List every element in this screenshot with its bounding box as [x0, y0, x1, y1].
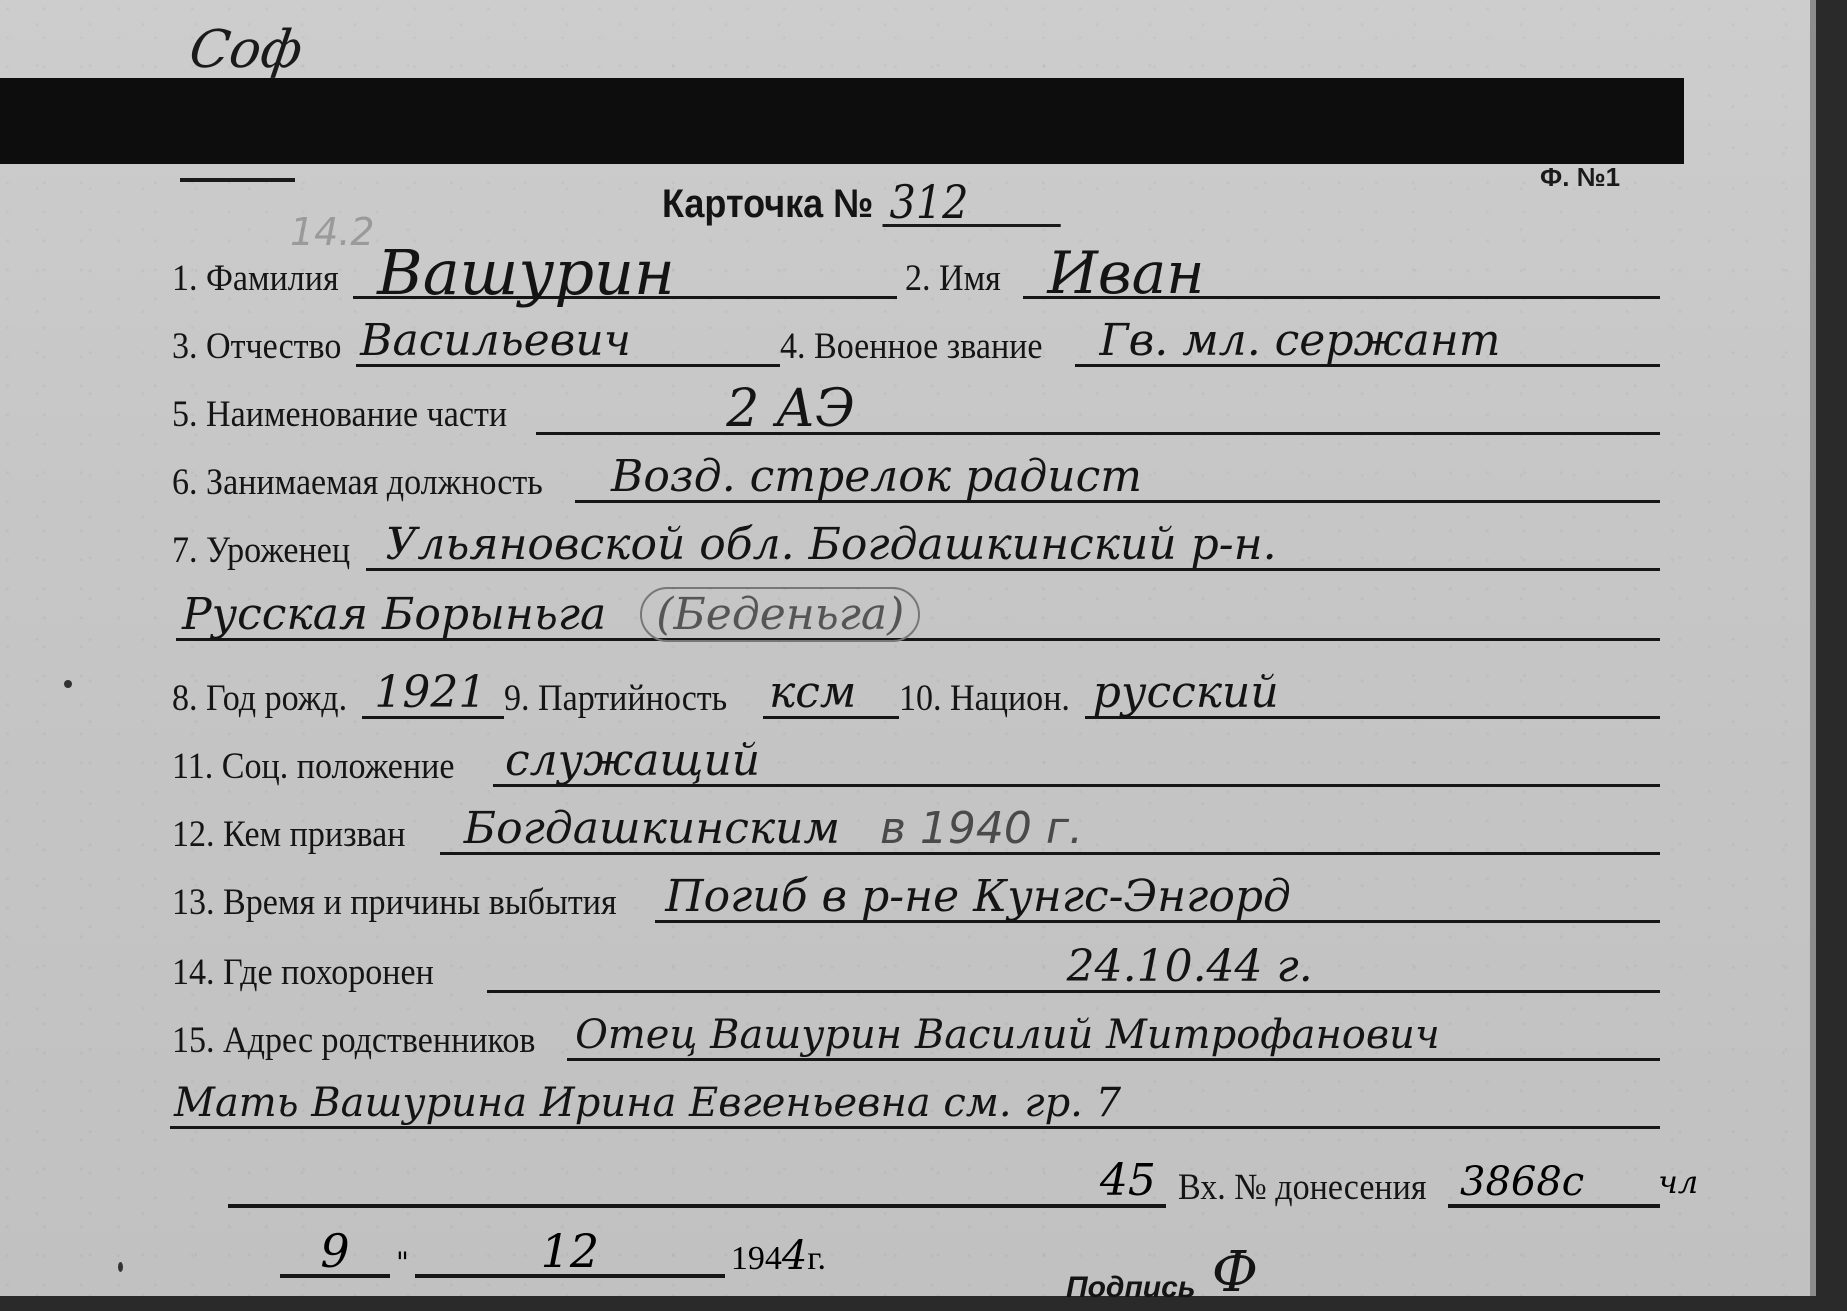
field-label-birth-year: 8. Год рожд. — [172, 679, 347, 719]
record-card: Соф 14.2 Ф. №1 Карточка № 312 1. Фамилия… — [0, 0, 1816, 1296]
field-value-birth-year: 1921 — [362, 670, 504, 719]
field-value-relatives: Отец Вашурин Василий Митрофанович — [567, 1012, 1660, 1061]
field-value-burial: 24.10.44 г. — [487, 944, 1660, 993]
ink-dot — [64, 680, 72, 688]
report-suffix: чл — [1658, 1160, 1698, 1204]
date-year: 1944г. — [731, 1237, 826, 1278]
field-label-party: 9. Партийность — [504, 679, 727, 719]
field-label-birthplace: 7. Уроженец — [172, 531, 350, 571]
row-social-status: 11. Соц. положение служащий — [172, 738, 1660, 787]
row-surname-name: 1. Фамилия Вашурин 2. Имя Иван — [172, 250, 1660, 299]
date-month: 12 — [415, 1228, 725, 1278]
drafted-year-stamp: в 1940 г. — [880, 803, 1083, 854]
signature-block: Подпись Ф — [1066, 1240, 1258, 1305]
row-patronymic-rank: 3. Отчество Васильевич 4. Военное звание… — [172, 318, 1660, 367]
field-value-birthplace-line2: Русская Борыньга(Беденьга) — [176, 592, 1660, 641]
signature-mark: Ф — [1212, 1240, 1258, 1305]
row-departure: 13. Время и причины выбытия Погиб в р-не… — [172, 874, 1660, 923]
date-day: 9 — [280, 1228, 390, 1278]
card-title: Карточка № 312 — [662, 180, 1060, 227]
card-title-label: Карточка № — [662, 182, 873, 227]
field-label-name: 2. Имя — [905, 259, 1001, 299]
row-relatives-cont: Мать Вашурина Ирина Евгеньевна см. гр. 7 — [170, 1080, 1660, 1129]
dash-mark — [180, 178, 295, 182]
field-label-position: 6. Занимаемая должность — [172, 463, 543, 503]
card-date: 9 " 12 1944г. — [280, 1228, 826, 1278]
field-label-departure: 13. Время и причины выбытия — [172, 883, 617, 923]
field-value-position: Возд. стрелок радист — [575, 454, 1660, 503]
field-label-surname: 1. Фамилия — [172, 259, 339, 299]
card-number: 312 — [882, 180, 1060, 227]
row-drafted-by: 12. Кем призван Богдашкинскимв 1940 г. — [172, 806, 1660, 855]
redaction-bar — [0, 78, 1684, 164]
field-value-social-status: служащий — [493, 738, 1660, 787]
field-label-social-status: 11. Соц. положение — [172, 747, 454, 787]
row-birthplace-cont: Русская Борыньга(Беденьга) — [176, 592, 1660, 641]
signature-label: Подпись — [1066, 1271, 1196, 1305]
row-year-party-nationality: 8. Год рожд. 1921 9. Партийность ксм 10.… — [172, 670, 1660, 719]
field-value-drafted-by: Богдашкинскимв 1940 г. — [440, 806, 1660, 855]
field-value-name: Иван — [1023, 250, 1660, 299]
field-label-drafted-by: 12. Кем призван — [172, 815, 405, 855]
birthplace-annotation: (Беденьга) — [640, 587, 920, 642]
field-label-rank: 4. Военное звание — [780, 327, 1043, 367]
field-label-burial: 14. Где похоронен — [172, 953, 434, 993]
field-value-departure: Погиб в р-не Кунгс-Энгорд — [655, 874, 1660, 923]
row-burial: 14. Где похоронен 24.10.44 г. — [172, 944, 1660, 993]
row-unit: 5. Наименование части 2 АЭ — [172, 386, 1660, 435]
field-value-unit: 2 АЭ — [536, 386, 1660, 435]
field-value-rank: Гв. мл. сержант — [1075, 318, 1660, 367]
field-value-birthplace: Ульяновской обл. Богдашкинский р-н. — [366, 522, 1660, 571]
row-birthplace: 7. Уроженец Ульяновской обл. Богдашкинск… — [172, 522, 1660, 571]
report-number: 3868счл — [1448, 1160, 1660, 1208]
field-label-patronymic: 3. Отчество — [172, 327, 341, 367]
ink-dot — [118, 1262, 123, 1272]
corner-handwritten-note: Соф — [186, 20, 306, 80]
field-value-patronymic: Васильевич — [356, 318, 780, 367]
faint-pencil-mark: 14.2 — [290, 210, 375, 254]
field-value-nationality: русский — [1085, 670, 1660, 719]
field-value-surname: Вашурин — [353, 250, 897, 299]
form-id: Ф. №1 — [1540, 162, 1620, 193]
date-quote-mark: " — [396, 1248, 409, 1278]
row-report-number: 45 Вх. № донесения 3868счл — [228, 1158, 1660, 1208]
field-label-nationality: 10. Национ. — [899, 679, 1070, 719]
field-label-relatives: 15. Адрес родственников — [172, 1021, 535, 1061]
report-prefix-value: 45 — [228, 1158, 1166, 1208]
row-relatives: 15. Адрес родственников Отец Вашурин Вас… — [172, 1012, 1660, 1061]
field-value-relatives-line2: Мать Вашурина Ирина Евгеньевна см. гр. 7 — [170, 1080, 1660, 1129]
field-value-party: ксм — [763, 670, 899, 719]
report-label: Вх. № донесения — [1178, 1168, 1427, 1208]
row-position: 6. Занимаемая должность Возд. стрелок ра… — [172, 454, 1660, 503]
field-label-unit: 5. Наименование части — [172, 395, 507, 435]
